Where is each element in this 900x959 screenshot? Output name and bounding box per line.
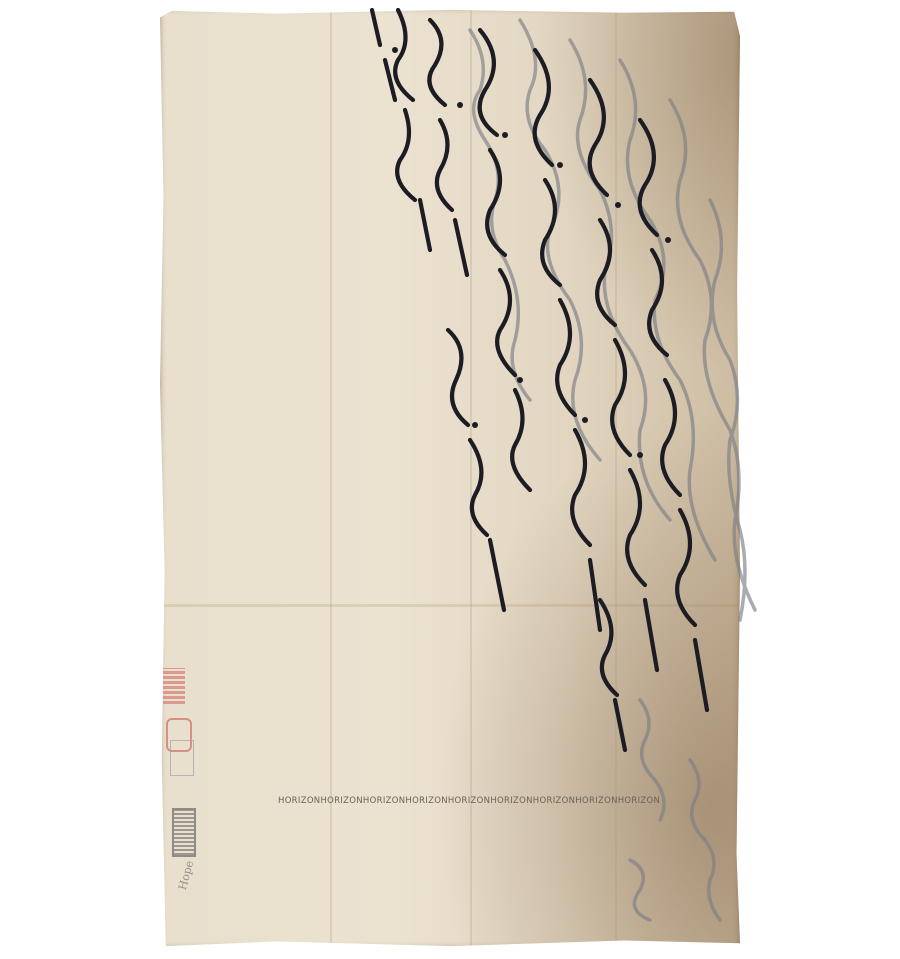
fold-line-vertical [330,8,332,948]
fold-line-vertical [470,8,472,948]
horizon-text-line: HORIZONHORIZONHORIZONHORIZONHORIZONHORIZ… [278,796,738,806]
label-stamp [172,808,196,857]
fold-line-vertical [615,8,617,948]
grey-seal-stamp [170,740,194,776]
fold-line-horizontal [160,604,740,607]
paper-sheet [160,8,740,948]
barcode-stamp [163,668,185,704]
